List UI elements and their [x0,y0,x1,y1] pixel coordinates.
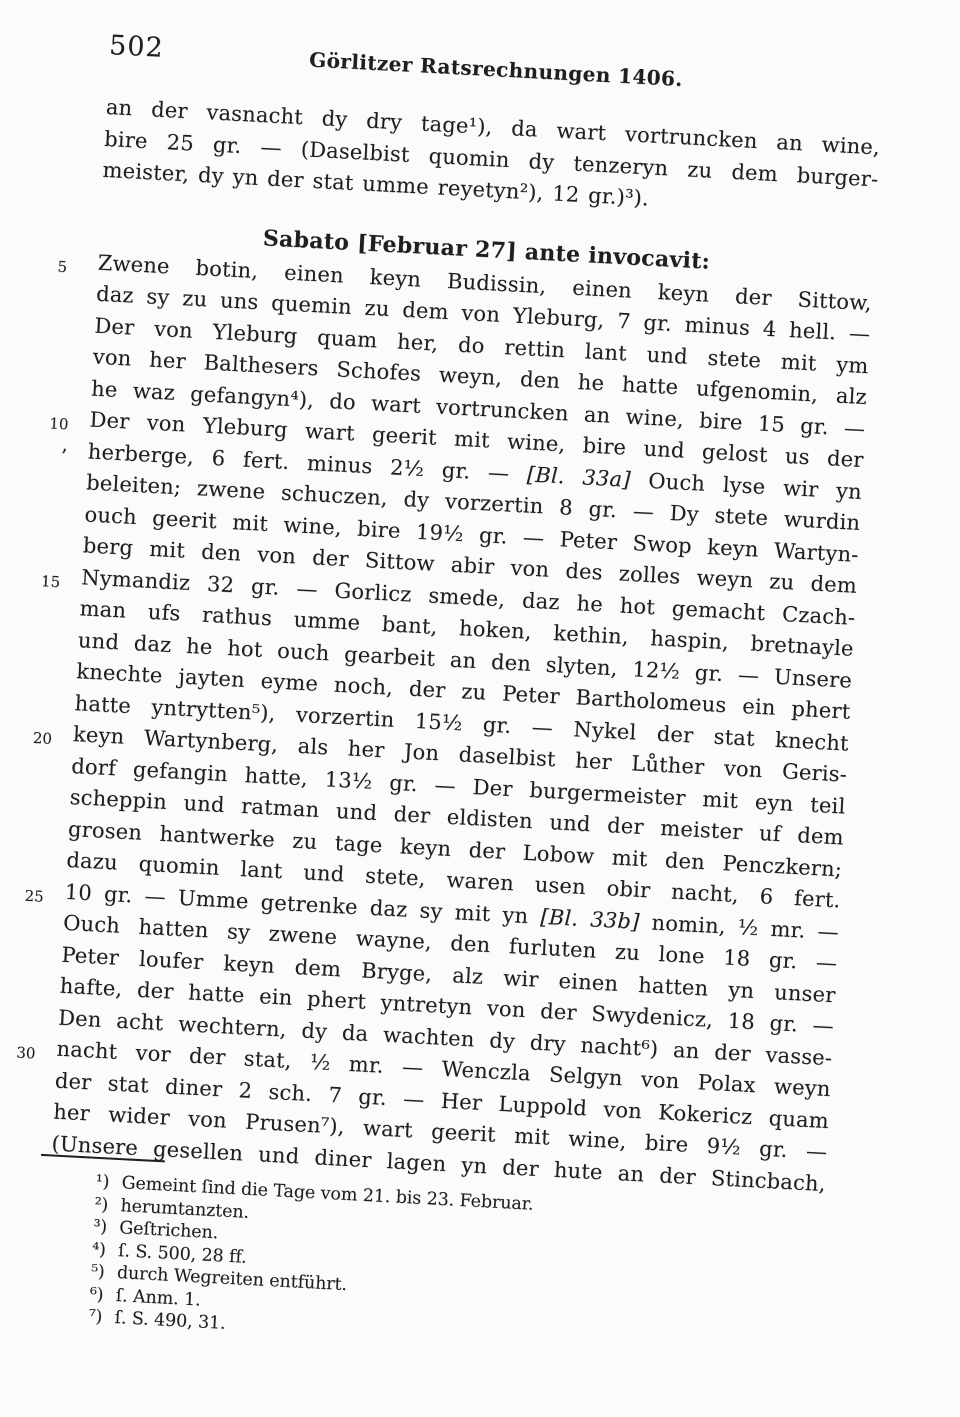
margin-line-number: 20 [32,723,60,756]
footnote-text: ſ. S. 490, 31. [114,1308,226,1334]
margin-line-number [53,345,79,346]
margin-line-number: 15 [40,566,68,599]
running-title: Görlitzer Ratsrechnungen 1406. [108,37,883,102]
footnote-marker: ⁵) [90,1261,111,1285]
stray-mark: ’ [60,444,68,468]
margin-line-number [29,817,55,818]
footnote-text: Geſtrichen. [119,1218,219,1243]
footnote-marker: ⁶) [89,1283,110,1307]
margin-line-number: 25 [24,880,52,913]
entry-paragraph: 5Zwene botin, einen keyn Budissin, einen… [51,247,873,1200]
margin-line-number [55,314,81,315]
margin-line-number [19,1006,45,1007]
footnote-text: ſ. Anm. 1. [115,1286,201,1310]
footnote-marker: ³) [93,1216,114,1240]
footnote-marker: ⁷) [88,1306,109,1330]
margin-line-number [47,471,73,472]
footnotes: ¹)Gemeint ſind die Tage vom 21. bis 23. … [42,1168,824,1366]
margin-line-number [44,534,70,535]
margin-line-number: 5 [57,251,85,284]
margin-line-number [39,629,65,630]
margin-line-number [37,660,63,661]
margin-line-number [52,377,78,378]
margin-line-number: 10 [48,408,76,441]
folio-reference: [Bl. 33a] [526,462,631,491]
margin-line-number [12,1132,38,1133]
margin-line-number [30,786,56,787]
footnote-marker: ⁴) [92,1238,113,1262]
footnote-marker: ¹) [95,1171,116,1195]
margin-line-number: 30 [15,1038,43,1071]
scanned-book-page: 502 Görlitzer Ratsrechnungen 1406. an de… [0,0,960,1417]
margin-line-number [14,1100,40,1101]
margin-line-number [27,849,53,850]
margin-line-number [35,691,61,692]
margin-line-number [45,503,71,504]
footnote-marker: ²) [94,1193,115,1217]
margin-line-number [22,943,48,944]
margin-line-number [20,975,46,976]
folio-reference: [Bl. 33b] [540,904,640,933]
page-content: 502 Görlitzer Ratsrechnungen 1406. an de… [42,30,884,1366]
opening-paragraph: an der vasnacht dy dry tage¹), da wart v… [102,92,881,227]
